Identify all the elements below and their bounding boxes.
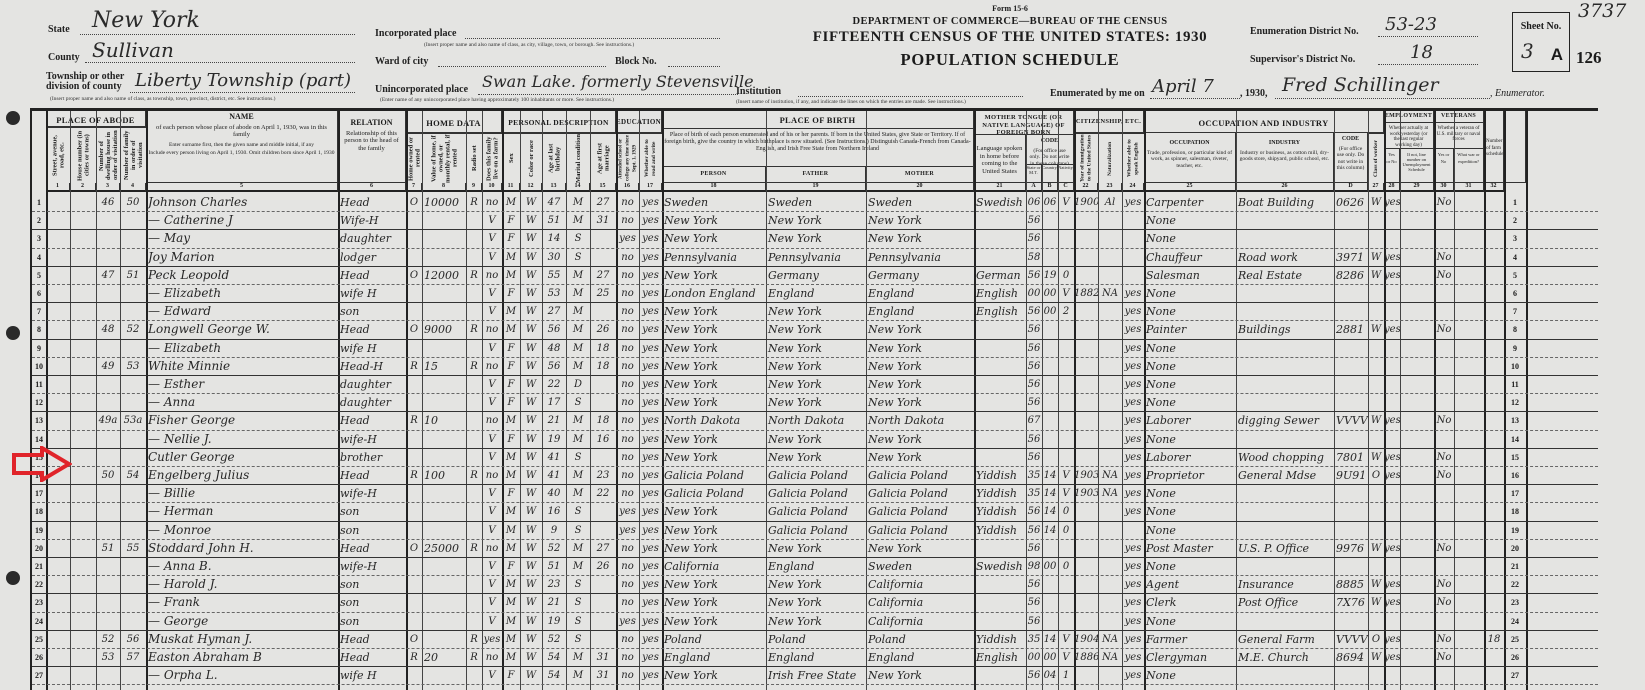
cell-race: W (520, 230, 542, 247)
cell-relation: Head (338, 540, 406, 557)
cell-owned (406, 594, 422, 611)
cell-value: 25000 (422, 540, 466, 557)
table-row: 554751Peck LeopoldHeadO12000RnoMW55M27no… (32, 267, 1598, 285)
cell-read: yes (639, 467, 662, 484)
cell-read: yes (639, 267, 662, 284)
cell-industry: General Farm (1236, 631, 1334, 648)
cell-immig (1074, 667, 1098, 684)
cell-unemp (1400, 212, 1434, 229)
cell-codeC: 1 (1058, 667, 1074, 684)
cell-family (120, 558, 146, 575)
cell-school: no (616, 467, 639, 484)
cell-codeA: 56 (1026, 358, 1042, 375)
line-number: 18 (32, 503, 46, 521)
state-value: New York (92, 8, 200, 33)
cell-class: O (1368, 467, 1384, 484)
cell-owned: O (406, 194, 422, 211)
cell-age-marr: 18 (590, 340, 616, 357)
cell-pob: New York (662, 431, 766, 448)
column-number: 16 (616, 183, 639, 192)
cell-codeC: V (1058, 485, 1074, 502)
col-right-margin (1504, 111, 1526, 183)
cell-english: yes (1122, 576, 1144, 593)
cell-marital: M (566, 194, 590, 211)
cell-pob-father: Galicia Poland (766, 467, 866, 484)
cell-age: 53 (542, 285, 566, 302)
cell-immig (1074, 558, 1098, 575)
cell-english (1122, 249, 1144, 266)
cell-relation: Head (338, 412, 406, 429)
cell-occ-code (1334, 303, 1368, 320)
supervisor-label: Supervisor's District No. (1250, 54, 1355, 65)
cell-veteran (1434, 613, 1454, 630)
cell-sex: M (502, 540, 520, 557)
cell-age-marr: 26 (590, 558, 616, 575)
cell-occ-code: 2881 (1334, 321, 1368, 338)
cell-at-work: yes (1384, 649, 1400, 666)
cell-pob-mother: Poland (866, 631, 974, 648)
cell-industry (1236, 485, 1334, 502)
cell-radio (466, 412, 482, 429)
cell-race: W (520, 594, 542, 611)
cell-name: — George (146, 613, 338, 630)
cell-codeA: 58 (1026, 249, 1042, 266)
cell-unemp (1400, 613, 1434, 630)
cell-pob-father: New York (766, 613, 866, 630)
line-number: 12 (32, 394, 46, 412)
cell-value (422, 667, 466, 684)
cell-school: no (616, 249, 639, 266)
county-value: Sullivan (92, 38, 174, 62)
cell-industry: Insurance (1236, 576, 1334, 593)
cell-radio: R (466, 358, 482, 375)
cell-farm-no: 18 (1484, 631, 1504, 648)
group-occupation-industry: OCCUPATION AND INDUSTRY (1144, 111, 1384, 133)
cell-war (1454, 376, 1484, 393)
cell-codeA: 56 (1026, 431, 1042, 448)
cell-farm: V (482, 212, 502, 229)
cell-school: no (616, 321, 639, 338)
cell-radio (466, 613, 482, 630)
cell-at-work (1384, 285, 1400, 302)
cell-occ-code (1334, 358, 1368, 375)
cell-codeB (1042, 230, 1058, 247)
cell-language (974, 449, 1026, 466)
cell-pob: Galicia Poland (662, 485, 766, 502)
veterans-desc: Whether a veteran of U.S. military or na… (1434, 123, 1484, 149)
cell-age-marr (590, 394, 616, 411)
cell-unemp (1400, 412, 1434, 429)
column-number: 30 (1434, 183, 1454, 192)
cell-pob-mother: New York (866, 340, 974, 357)
cell-age: 40 (542, 485, 566, 502)
col-street: Street, avenue, road, etc. (46, 127, 70, 183)
cell-codeC (1058, 358, 1074, 375)
cell-marital: S (566, 522, 590, 539)
group-relation: RELATION Relationship of this person to … (338, 111, 406, 183)
cell-farm: V (482, 230, 502, 247)
cell-war (1454, 667, 1484, 684)
cell-codeC (1058, 412, 1074, 429)
cell-class (1368, 667, 1384, 684)
col-language: Language spoken in home before coming to… (974, 135, 1026, 183)
cell-war (1454, 267, 1484, 284)
cell-radio (466, 594, 482, 611)
cell-farm: V (482, 394, 502, 411)
cell-war (1454, 321, 1484, 338)
cell-natur: NA (1098, 467, 1122, 484)
cell-relation: wife H (338, 285, 406, 302)
cell-relation: daughter (338, 376, 406, 393)
cell-immig (1074, 540, 1098, 557)
cell-pob: New York (662, 321, 766, 338)
cell-unemp (1400, 194, 1434, 211)
cell-language: English (974, 649, 1026, 666)
cell-farm-no (1484, 522, 1504, 539)
cell-language: Swedish (974, 558, 1026, 575)
cell-natur (1098, 340, 1122, 357)
institution-note: (Insert name of institution, if any, and… (736, 99, 966, 105)
line-number: 3 (32, 230, 46, 248)
cell-unemp (1400, 649, 1434, 666)
line-number: 10 (32, 358, 46, 376)
line-number-right: 11 (1504, 376, 1526, 394)
cell-class: W (1368, 194, 1384, 211)
line-number: 22 (32, 576, 46, 594)
line-number: 13 (32, 412, 46, 430)
line-number-right: 13 (1504, 412, 1526, 430)
cell-natur (1098, 321, 1122, 338)
cell-radio (466, 522, 482, 539)
col-occ-code: CODE (For office use only. Do not write … (1334, 133, 1368, 183)
cell-marital: M (566, 467, 590, 484)
cell-family (120, 613, 146, 630)
table-row: 26265357Easton Abraham BHeadR20RnoMW54M3… (32, 649, 1598, 667)
enumerated-label: Enumerated by me on (1050, 88, 1145, 99)
cell-sex: M (502, 412, 520, 429)
col-value: Value of home, if owned, or monthly rent… (422, 133, 466, 183)
cell-dwelling (96, 212, 120, 229)
line-number: 2 (32, 212, 46, 230)
cell-value (422, 249, 466, 266)
cell-pob: Pennsylvania (662, 249, 766, 266)
cell-sex: M (502, 449, 520, 466)
cell-codeA: 35 (1026, 467, 1042, 484)
cell-codeB (1042, 540, 1058, 557)
cell-pob-father: Galicia Poland (766, 503, 866, 520)
cell-sex: M (502, 303, 520, 320)
cell-industry: Post Office (1236, 594, 1334, 611)
cell-pob-mother: Galicia Poland (866, 485, 974, 502)
cell-name: Johnson Charles (146, 194, 338, 211)
cell-veteran: No (1434, 412, 1454, 429)
cell-codeA: 56 (1026, 667, 1042, 684)
cell-sex: M (502, 613, 520, 630)
cell-at-work (1384, 230, 1400, 247)
cell-at-work: yes (1384, 321, 1400, 338)
cell-value (422, 212, 466, 229)
cell-family (120, 485, 146, 502)
cell-class: W (1368, 540, 1384, 557)
cell-english: yes (1122, 467, 1144, 484)
cell-name: — Anna (146, 394, 338, 411)
cell-race: W (520, 613, 542, 630)
cell-occ-code (1334, 394, 1368, 411)
cell-language (974, 613, 1026, 630)
cell-relation: Head (338, 631, 406, 648)
cell-value: 15 (422, 358, 466, 375)
cell-immig (1074, 412, 1098, 429)
cell-read: yes (639, 522, 662, 539)
cell-sex: F (502, 230, 520, 247)
cell-owned (406, 558, 422, 575)
cell-immig (1074, 340, 1098, 357)
cell-race: W (520, 358, 542, 375)
cell-family: 53 (120, 358, 146, 375)
cell-occupation: None (1144, 376, 1236, 393)
cell-immig (1074, 431, 1098, 448)
col-age-marriage: Age at first marriage (590, 133, 616, 183)
cell-unemp (1400, 358, 1434, 375)
ed-label: Enumeration District No. (1250, 26, 1359, 37)
cell-value (422, 522, 466, 539)
col-family-number: Number of family in order of visitation (120, 127, 146, 183)
cell-read: yes (639, 503, 662, 520)
cell-immig (1074, 576, 1098, 593)
cell-codeB (1042, 358, 1058, 375)
cell-occupation: None (1144, 431, 1236, 448)
cell-english: yes (1122, 594, 1144, 611)
cell-farm-no (1484, 449, 1504, 466)
cell-pob: New York (662, 522, 766, 539)
group-place-of-birth: PLACE OF BIRTH (662, 111, 974, 129)
cell-age: 41 (542, 467, 566, 484)
cell-value (422, 558, 466, 575)
cell-race: W (520, 212, 542, 229)
cell-unemp (1400, 321, 1434, 338)
line-number: 23 (32, 594, 46, 612)
cell-marital: S (566, 503, 590, 520)
sheet-number-box: Sheet No. 3 A (1512, 12, 1570, 72)
cell-natur (1098, 667, 1122, 684)
cell-veteran: No (1434, 631, 1454, 648)
cell-veteran: No (1434, 467, 1454, 484)
cell-age-marr (590, 376, 616, 393)
cell-industry: General Mdse (1236, 467, 1334, 484)
cell-immig: 1886 (1074, 649, 1098, 666)
cell-pob-father: Sweden (766, 194, 866, 211)
cell-occ-code: VVVV (1334, 631, 1368, 648)
cell-pob-father: New York (766, 212, 866, 229)
col-age: Age at last birthday (542, 133, 566, 183)
cell-owned (406, 249, 422, 266)
cell-pob: Sweden (662, 194, 766, 211)
table-row: 2727— Orpha L.wife HVFW54M31noyesNew Yor… (32, 667, 1598, 685)
cell-dwelling (96, 449, 120, 466)
cell-age: 56 (542, 358, 566, 375)
col-race: Color or race (520, 133, 542, 183)
cell-sex: M (502, 594, 520, 611)
cell-relation: wife-H (338, 485, 406, 502)
cell-pob: New York (662, 212, 766, 229)
cell-sex: M (502, 321, 520, 338)
cell-farm-no (1484, 394, 1504, 411)
cell-occupation: None (1144, 667, 1236, 684)
cell-name: Easton Abraham B (146, 649, 338, 666)
cell-unemp (1400, 376, 1434, 393)
cell-english: yes (1122, 558, 1144, 575)
column-number: 28 (1384, 183, 1400, 192)
cell-family: 51 (120, 267, 146, 284)
cell-codeB (1042, 394, 1058, 411)
table-row: 2121— Anna B.wife-HVFW51M26noyesCaliforn… (32, 558, 1598, 576)
table-row: 16165054Engelberg JuliusHeadR100RnoMW41M… (32, 467, 1598, 485)
cell-relation: Head (338, 467, 406, 484)
cell-owned (406, 613, 422, 630)
cell-codeC (1058, 431, 1074, 448)
table-row: 99— Elizabethwife HVFW48M18noyesNew York… (32, 340, 1598, 358)
line-number: 20 (32, 540, 46, 558)
cell-unemp (1400, 594, 1434, 611)
column-number: 29 (1400, 183, 1434, 192)
cell-language: Yiddish (974, 485, 1026, 502)
cell-occ-code (1334, 376, 1368, 393)
cell-value: 12000 (422, 267, 466, 284)
cell-veteran (1434, 212, 1454, 229)
cell-farm: V (482, 449, 502, 466)
cell-age-marr (590, 230, 616, 247)
cell-age: 47 (542, 194, 566, 211)
cell-pob-father: Poland (766, 631, 866, 648)
column-number: 7 (406, 183, 422, 192)
cell-family: 53a (120, 412, 146, 429)
cell-dwelling (96, 376, 120, 393)
cell-owned: O (406, 631, 422, 648)
cell-pob: New York (662, 376, 766, 393)
cell-age: 55 (542, 267, 566, 284)
cell-family (120, 394, 146, 411)
cell-read: yes (639, 285, 662, 302)
cell-race: W (520, 394, 542, 411)
cell-sex: F (502, 376, 520, 393)
cell-immig (1074, 594, 1098, 611)
cell-pob: London England (662, 285, 766, 302)
table-row: 1717— Billiewife-HVFW40M22noyesGalicia P… (32, 485, 1598, 503)
cell-pob-mother: New York (866, 212, 974, 229)
cell-occ-code: 8694 (1334, 649, 1368, 666)
cell-occupation: Clergyman (1144, 649, 1236, 666)
cell-radio (466, 558, 482, 575)
col-occupation: OCCUPATION Trade, profession, or particu… (1144, 133, 1236, 183)
incorporated-note: (Insert proper name and also name of cla… (424, 42, 634, 48)
cell-unemp (1400, 249, 1434, 266)
table-row: 10104953White MinnieHead-HR15RnoFW56M18n… (32, 358, 1598, 376)
cell-value (422, 431, 466, 448)
cell-occ-code: 8885 (1334, 576, 1368, 593)
cell-pob-mother: New York (866, 449, 974, 466)
cell-english: yes (1122, 631, 1144, 648)
line-number: 27 (32, 667, 46, 685)
cell-age-marr: 31 (590, 667, 616, 684)
cell-codeA: 56 (1026, 522, 1042, 539)
cell-codeC (1058, 212, 1074, 229)
group-employment: EMPLOYMENT (1384, 111, 1434, 123)
cell-natur (1098, 267, 1122, 284)
cell-class (1368, 522, 1384, 539)
cell-radio (466, 449, 482, 466)
cell-family: 56 (120, 631, 146, 648)
cell-veteran (1434, 667, 1454, 684)
cell-industry (1236, 358, 1334, 375)
cell-codeB (1042, 449, 1058, 466)
cell-school: no (616, 303, 639, 320)
cell-pob: California (662, 558, 766, 575)
cell-sex: F (502, 394, 520, 411)
cell-industry: Wood chopping (1236, 449, 1334, 466)
cell-sex: M (502, 249, 520, 266)
cell-radio: R (466, 540, 482, 557)
cell-dwelling (96, 285, 120, 302)
cell-family (120, 303, 146, 320)
cell-farm-no (1484, 303, 1504, 320)
cell-marital: S (566, 394, 590, 411)
line-number-right: 16 (1504, 467, 1526, 485)
cell-name: Joy Marion (146, 249, 338, 266)
cell-read: yes (639, 667, 662, 684)
cell-farm: no (482, 194, 502, 211)
cell-farm-no (1484, 285, 1504, 302)
cell-language: German (974, 267, 1026, 284)
group-mother-tongue: MOTHER TONGUE (OR NATIVE LANGUAGE) OF FO… (974, 111, 1074, 135)
schedule-title: POPULATION SCHEDULE (780, 50, 1240, 70)
table-row: 2424— GeorgesonVMW19SyesyesNew YorkNew Y… (32, 613, 1598, 631)
cell-immig (1074, 613, 1098, 630)
cell-codeC: V (1058, 631, 1074, 648)
cell-pob-father: North Dakota (766, 412, 866, 429)
population-table: PLACE OF ABODE Street, avenue, road, etc… (30, 108, 1598, 690)
cell-war (1454, 194, 1484, 211)
cell-english: yes (1122, 613, 1144, 630)
cell-language: English (974, 303, 1026, 320)
cell-school: no (616, 285, 639, 302)
cell-dwelling: 51 (96, 540, 120, 557)
column-number: 27 (1368, 183, 1384, 192)
cell-age: 52 (542, 631, 566, 648)
cell-occupation: None (1144, 358, 1236, 375)
cell-sex: F (502, 340, 520, 357)
cell-school: no (616, 540, 639, 557)
cell-name: White Minnie (146, 358, 338, 375)
column-number: 14 (566, 183, 590, 192)
cell-age: 19 (542, 431, 566, 448)
code-header: CODE (For office use only. Do not write … (1026, 135, 1074, 165)
cell-at-work (1384, 485, 1400, 502)
unincorporated-note: (Enter name of any unincorporated place … (380, 97, 614, 103)
col-dwelling-number: Number of dwelling house in order of vis… (96, 127, 120, 183)
cell-read: yes (639, 303, 662, 320)
cell-dwelling (96, 394, 120, 411)
cell-natur: NA (1098, 649, 1122, 666)
cell-relation: son (338, 303, 406, 320)
cell-codeB (1042, 412, 1058, 429)
group-home-data: HOME DATA (406, 111, 502, 133)
line-number-right: 18 (1504, 503, 1526, 521)
cell-codeC: 0 (1058, 267, 1074, 284)
cell-codeB: 14 (1042, 467, 1058, 484)
line-number-right: 10 (1504, 358, 1526, 376)
cell-age-marr (590, 631, 616, 648)
cell-occupation: Chauffeur (1144, 249, 1236, 266)
